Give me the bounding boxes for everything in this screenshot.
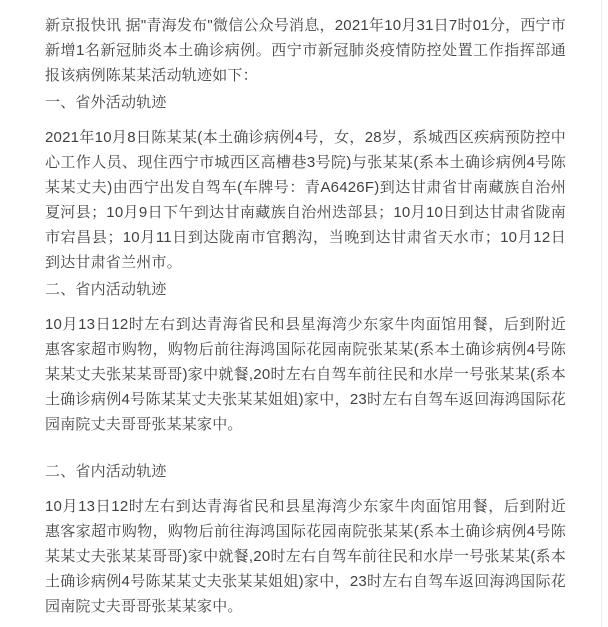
article-intro: 新京报快讯 据"青海发布"微信公众号消息，2021年10月31日7时01分，西宁… xyxy=(45,13,566,88)
section-inside-province-heading: 二、省内活动轨迹 xyxy=(45,277,566,302)
right-edge-line xyxy=(601,0,602,627)
article-page: 新京报快讯 据"青海发布"微信公众号消息，2021年10月31日7时01分，西宁… xyxy=(0,0,608,627)
section-inside-province: 二、省内活动轨迹 10月13日12时左右到达青海省民和县星海湾少东家牛肉面馆用餐… xyxy=(45,277,566,437)
section-outside-province-heading: 一、省外活动轨迹 xyxy=(45,90,566,115)
section-inside-province-repeat-heading: 二、省内活动轨迹 xyxy=(45,459,566,484)
section-inside-province-repeat: 二、省内活动轨迹 10月13日12时左右到达青海省民和县星海湾少东家牛肉面馆用餐… xyxy=(45,459,566,619)
section-outside-province: 一、省外活动轨迹 2021年10月8日陈某某(本土确诊病例4号，女，28岁，系城… xyxy=(45,90,566,275)
section-inside-province-repeat-body: 10月13日12时左右到达青海省民和县星海湾少东家牛肉面馆用餐，后到附近惠客家超… xyxy=(45,494,566,619)
section-outside-province-body: 2021年10月8日陈某某(本土确诊病例4号，女，28岁，系城西区疾病预防控中心… xyxy=(45,125,566,275)
section-inside-province-body: 10月13日12时左右到达青海省民和县星海湾少东家牛肉面馆用餐，后到附近惠客家超… xyxy=(45,312,566,437)
